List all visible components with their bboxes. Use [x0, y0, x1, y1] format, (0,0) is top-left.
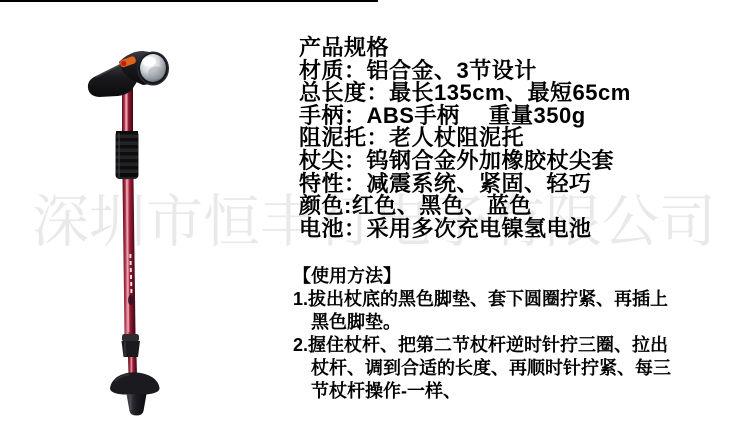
- pole-shaft-lower: [128, 357, 137, 375]
- usage-line: 黑色脚垫。: [293, 311, 671, 334]
- usage-line: 2.握住杖杆、把第二节杖杆逆时针拧三圈、拉出: [293, 334, 671, 357]
- spec-line-handle: 手柄：ABS手柄 重量350g: [299, 105, 631, 128]
- foam-grip: [116, 131, 139, 179]
- pole-shaft-upper: [122, 88, 133, 134]
- product-specs: 产品规格 材质：铝合金、3节设计 总长度：最长135cm、最短65cm 手柄：A…: [299, 37, 631, 240]
- mud-guard: [110, 372, 160, 394]
- pole-shaft-main: [123, 179, 136, 334]
- spec-line-mudguard: 阻泥托：老人杖阻泥托: [299, 127, 631, 150]
- flashlight-lens: [137, 52, 169, 86]
- usage-line: 节杖杆操作-一样、: [293, 380, 671, 403]
- product-photo-cane: [80, 40, 180, 420]
- spec-line-tip: 杖尖：钨钢合金外加橡胶杖尖套: [299, 150, 631, 173]
- top-border-line: [0, 0, 378, 2]
- rubber-tip: [127, 394, 147, 416]
- spec-line-battery: 电池：采用多次充电镍氢电池: [299, 218, 631, 241]
- spec-line-length: 总长度：最长135cm、最短65cm: [299, 82, 631, 105]
- usage-instructions: 【使用方法】 1.拔出杖底的黑色脚垫、套下圆圈拧紧、再插上 黑色脚垫。 2.握住…: [293, 265, 671, 403]
- spec-line-colors: 颜色:红色、黑色、蓝色: [299, 195, 631, 218]
- usage-line: 杖杆、调到合适的长度、再顺时针拧紧、每三: [293, 357, 671, 380]
- lock-collar: [122, 334, 141, 357]
- spec-line-material: 材质：铝合金、3节设计: [299, 60, 631, 83]
- spec-line-features: 特性：减震系统、紧固、轻巧: [299, 173, 631, 196]
- specs-title: 产品规格: [299, 37, 631, 60]
- usage-line: 1.拔出杖底的黑色脚垫、套下圆圈拧紧、再插上: [293, 288, 671, 311]
- usage-title: 【使用方法】: [293, 265, 671, 288]
